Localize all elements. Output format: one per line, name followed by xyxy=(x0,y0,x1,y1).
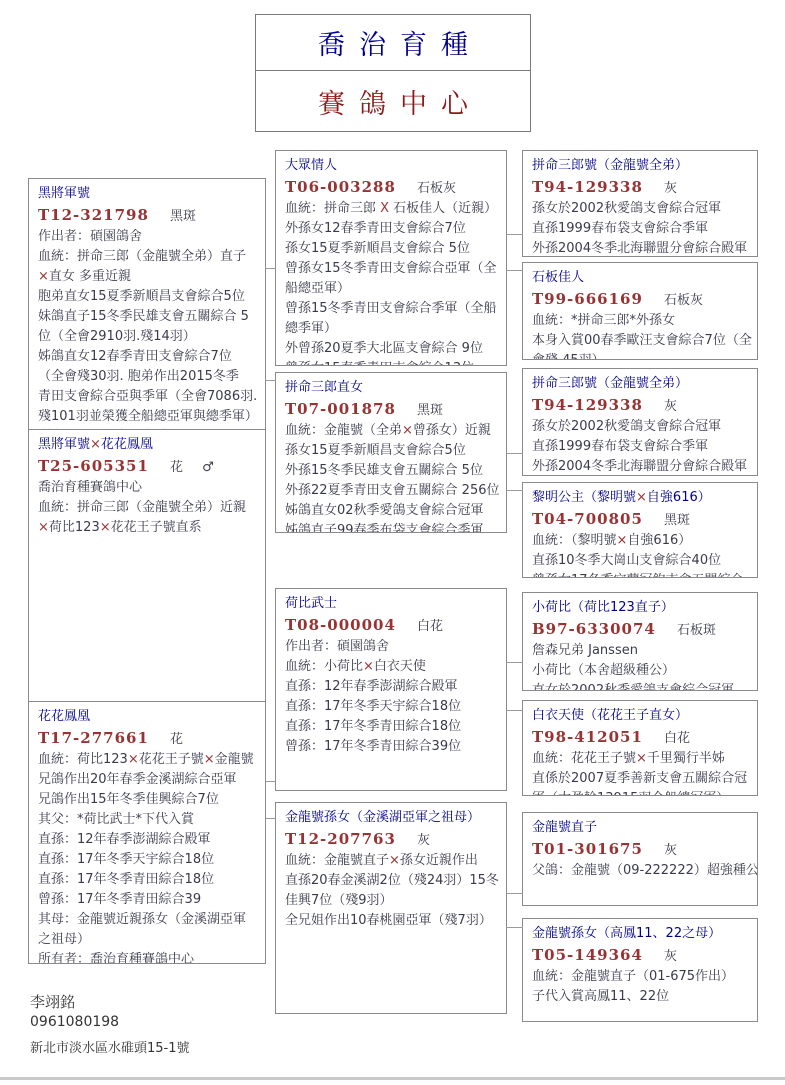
box-title: 拼命三郎號（金龍號全弟） xyxy=(532,374,750,394)
box-body: 血統：拼命三郎 X 石板佳人（近親）外孫女12春季青田支會綜合7位孫女15夏季新… xyxy=(285,199,499,366)
pedigree-text-line: 血統：小荷比×白衣天使 xyxy=(285,657,499,677)
ring-line: T94-129338 灰 xyxy=(532,394,750,417)
ring-number: T94-129338 xyxy=(532,396,643,414)
connector-line xyxy=(506,710,523,711)
pedigree-text-line: （全會殘30羽. 胞弟作出2015冬季 xyxy=(38,367,258,387)
box-body: 孫女於2002秋愛鴿支會綜合冠軍直孫1999春布袋支會綜合季軍外孫2004冬季北… xyxy=(532,199,750,257)
pedigree-text-line: 喬治育種賽鴿中心 xyxy=(38,478,258,498)
box-title: 黎明公主（黎明號×自強616） xyxy=(532,488,750,508)
connector-line xyxy=(265,268,276,269)
pedigree-text-line: 外孫15冬季民雄支會五關綜合 5位 xyxy=(285,461,499,481)
pedigree-page: 喬治育種 賽鴿中心 黑將軍號 T12-321798 黑斑 作出者：碩園鴿舍血統：… xyxy=(0,0,785,1085)
pedigree-box-sanro-1: 拼命三郎號（金龍號全弟） T94-129338 灰 孫女於2002秋愛鴿支會綜合… xyxy=(522,150,758,257)
box-title: 拼命三郎號（金龍號全弟） xyxy=(532,156,750,176)
pedigree-text-line: 直孫：17年冬季天宇綜合18位 xyxy=(38,850,258,870)
pedigree-box-sanro-2: 拼命三郎號（金龍號全弟） T94-129338 灰 孫女於2002秋愛鴿支會綜合… xyxy=(522,368,758,476)
box-title: 拼命三郎直女 xyxy=(285,378,499,398)
connector-line xyxy=(506,927,523,928)
connector-line xyxy=(506,662,523,663)
ring-line: T01-301675 灰 xyxy=(532,838,750,861)
variety-label: 灰 xyxy=(664,949,677,964)
bottom-divider xyxy=(0,1077,785,1080)
ring-line: T98-412051 白花 xyxy=(532,726,750,749)
ring-number: T25-605351 xyxy=(38,457,149,475)
pedigree-text-line: 孫女於2002秋愛鴿支會綜合冠軍 xyxy=(532,417,750,437)
pedigree-text-line: 會殘 45羽） xyxy=(532,351,750,360)
ring-line: T07-001878 黑斑 xyxy=(285,398,499,421)
ring-line: T04-700805 黑斑 xyxy=(532,508,750,531)
pedigree-text-line: 孫女於2002秋愛鴿支會綜合冠軍 xyxy=(532,199,750,219)
ring-number: T04-700805 xyxy=(532,510,643,528)
ring-number: T12-207763 xyxy=(285,830,396,848)
box-title: 黑將軍號 xyxy=(38,184,258,204)
pedigree-text-line: 血統：金龍號直子×孫女近親作出 xyxy=(285,851,499,871)
pedigree-box-golden-dragon-son: 金龍號直子 T01-301675 灰 父鴿：金龍號（09-222222）超強種公 xyxy=(522,812,758,906)
pedigree-text-line: 直孫：17年冬季天宇綜合18位 xyxy=(285,697,499,717)
box-body: 作出者：碩園鴿舍血統：小荷比×白衣天使直孫：12年春季澎湖綜合殿軍直孫：17年冬… xyxy=(285,637,499,757)
connector-line xyxy=(265,818,276,819)
ring-line: T99-666169 石板灰 xyxy=(532,288,750,311)
box-title: 大眾情人 xyxy=(285,156,499,176)
pedigree-text-line: 其父：*荷比武士*下代入賞 xyxy=(38,810,258,830)
ring-number: T98-412051 xyxy=(532,728,643,746)
pedigree-box-golden-dragon-granddaughter-2: 金龍號孫女（高鳳11、22之母） T05-149364 灰 血統：金龍號直子（0… xyxy=(522,918,758,1022)
box-body: 血統：金龍號直子×孫女近親作出直孫20春金溪湖2位（殘24羽）15冬佳興7位（殘… xyxy=(285,851,499,931)
pedigree-text-line: 直孫：17年冬季青田綜合18位 xyxy=(285,717,499,737)
ring-number: T94-129338 xyxy=(532,178,643,196)
box-body: 詹森兄弟 Janssen小荷比（本舍超級種公）直女於2002秋季愛鴿支會綜合冠軍 xyxy=(532,641,750,691)
pedigree-text-line: 小荷比（本舍超級種公） xyxy=(532,661,750,681)
ring-line: T12-207763 灰 xyxy=(285,828,499,851)
pedigree-box-dawn-princess: 黎明公主（黎明號×自強616） T04-700805 黑斑 血統：（黎明號×自強… xyxy=(522,482,758,578)
pedigree-box-public-lover: 大眾情人 T06-003288 石板灰 血統：拼命三郎 X 石板佳人（近親）外孫… xyxy=(275,150,507,366)
connector-line xyxy=(506,490,523,491)
variety-label: 花 xyxy=(170,460,183,475)
ring-number: T12-321798 xyxy=(38,206,149,224)
box-body: 血統：荷比123×花花王子號×金龍號兄鴿作出20年春季金溪湖綜合亞軍兄鴿作出15… xyxy=(38,750,258,964)
pedigree-text-line: 血統：金龍號直子（01-675作出） xyxy=(532,967,750,987)
box-body: 作出者：碩園鴿舍血統：拼命三郎（金龍號全弟）直子×直女 多重近親胞弟直女15夏季… xyxy=(38,227,258,430)
sex-symbol: ♂ xyxy=(202,460,214,475)
header-top-title: 喬治育種 xyxy=(256,15,530,71)
pedigree-text-line: 兄鴿作出15年冬季佳興綜合7位 xyxy=(38,790,258,810)
connector-line xyxy=(506,453,523,454)
pedigree-text-line: 本身入賞00春季歐汪支會綜合7位（全 xyxy=(532,331,750,351)
pedigree-text-line: 血統：拼命三郎（金龍號全弟）近親 xyxy=(38,498,258,518)
pedigree-box-white-angel: 白衣天使（花花王子直女） T98-412051 白花 血統：花花王子號×千里獨行… xyxy=(522,700,758,796)
pedigree-text-line: 全兄姐作出10春桃園亞軍（殘7羽） xyxy=(285,911,499,931)
connector-line xyxy=(506,234,523,235)
pedigree-text-line: 總季軍） xyxy=(285,319,499,339)
pedigree-text-line: 兄鴿作出20年春季金溪湖綜合亞軍 xyxy=(38,770,258,790)
pedigree-text-line: 孫女15夏季新順昌支會綜合 5位 xyxy=(285,239,499,259)
pedigree-text-line: 直孫10冬季大崗山支會綜合40位 xyxy=(532,551,750,571)
box-title: 金龍號直子 xyxy=(532,818,750,838)
pedigree-text-line: ×直女 多重近親 xyxy=(38,267,258,287)
pedigree-text-line: 佳興7位（殘9羽） xyxy=(285,891,499,911)
pedigree-text-line: 作出者：碩園鴿舍 xyxy=(285,637,499,657)
connector-line xyxy=(506,893,523,894)
ring-line: T17-277661 花 xyxy=(38,727,258,750)
variety-label: 黑斑 xyxy=(664,513,690,528)
variety-label: 黑斑 xyxy=(170,209,196,224)
pedigree-text-line: ×荷比123×花花王子號直系 xyxy=(38,518,258,538)
pedigree-text-line: 外孫2004冬季北海聯盟分會綜合殿軍 xyxy=(532,457,750,476)
contact-address: 新北市淡水區水碓頭15-1號 xyxy=(30,1037,190,1056)
pedigree-text-line: 軍（大盈輪13915羽全船總冠軍） xyxy=(532,789,750,796)
pedigree-text-line: 曾孫：17年冬季青田綜合39位 xyxy=(285,737,499,757)
ring-line: T05-149364 灰 xyxy=(532,944,750,967)
connector-line xyxy=(265,781,276,782)
pedigree-text-line: 曾孫：17年冬季青田綜合39 xyxy=(38,890,258,910)
pedigree-text-line: 其母：金龍號近親孫女（金溪湖亞軍 xyxy=(38,910,258,930)
box-title: 黑將軍號×花花鳳凰 xyxy=(38,435,258,455)
pedigree-text-line: 父鴿：金龍號（09-222222）超強種公 xyxy=(532,861,750,881)
pedigree-text-line: 曾孫女17冬季宜蘭冠鈞支會五關綜合 xyxy=(532,571,750,578)
variety-label: 石板斑 xyxy=(677,623,716,638)
pedigree-text-line: 血統：荷比123×花花王子號×金龍號 xyxy=(38,750,258,770)
ring-number: T06-003288 xyxy=(285,178,396,196)
connector-line xyxy=(506,270,523,271)
pedigree-box-hobby-warrior: 荷比武士 T08-000004 白花 作出者：碩園鴿舍血統：小荷比×白衣天使直孫… xyxy=(275,588,507,791)
pedigree-text-line: 直孫20春金溪湖2位（殘24羽）15冬 xyxy=(285,871,499,891)
pedigree-box-black-general: 黑將軍號 T12-321798 黑斑 作出者：碩園鴿舍血統：拼命三郎（金龍號全弟… xyxy=(28,178,266,430)
box-body: 父鴿：金龍號（09-222222）超強種公 xyxy=(532,861,750,881)
box-body: 血統：花花王子號×千里獨行半姊直係於2007夏季善新支會五關綜合冠軍（大盈輪13… xyxy=(532,749,750,796)
pedigree-text-line: 詹森兄弟 Janssen xyxy=(532,641,750,661)
pedigree-text-line: 血統：*拼命三郎*外孫女 xyxy=(532,311,750,331)
pedigree-text-line: 位（全會2910羽.殘14羽） xyxy=(38,327,258,347)
box-body: 血統：金龍號（全弟×曾孫女）近親孫女15夏季新順昌支會綜合5位外孫15冬季民雄支… xyxy=(285,421,499,533)
variety-label: 石板灰 xyxy=(664,293,703,308)
pedigree-text-line: 曾孫女15冬季青田支會綜合亞軍（全 xyxy=(285,259,499,279)
pedigree-box-sanro-daughter: 拼命三郎直女 T07-001878 黑斑 血統：金龍號（全弟×曾孫女）近親孫女1… xyxy=(275,372,507,533)
ring-number: T08-000004 xyxy=(285,616,396,634)
variety-label: 花 xyxy=(170,732,183,747)
pedigree-text-line: 船總亞軍） xyxy=(285,279,499,299)
pedigree-text-line: 子代入賞高鳳11、22位 xyxy=(532,987,750,1007)
pedigree-text-line: 外曾孫20夏季大北區支會綜合 9位 xyxy=(285,339,499,359)
box-title: 花花鳳凰 xyxy=(38,707,258,727)
pedigree-text-line: 直孫：12年春季澎湖綜合殿軍 xyxy=(285,677,499,697)
pedigree-text-line: 外孫22夏季青田支會五關綜合 256位 xyxy=(285,481,499,501)
ring-number: T05-149364 xyxy=(532,946,643,964)
connector-line xyxy=(265,380,276,381)
pedigree-box-flower-phoenix: 花花鳳凰 T17-277661 花 血統：荷比123×花花王子號×金龍號兄鴿作出… xyxy=(28,701,266,964)
ring-number: T01-301675 xyxy=(532,840,643,858)
ring-number: T17-277661 xyxy=(38,729,149,747)
pedigree-box-little-hobby: 小荷比（荷比123直子） B97-6330074 石板斑 詹森兄弟 Jansse… xyxy=(522,592,758,691)
pedigree-text-line: 血統：金龍號（全弟×曾孫女）近親 xyxy=(285,421,499,441)
pedigree-text-line: 直女於2002秋季愛鴿支會綜合冠軍 xyxy=(532,681,750,691)
variety-label: 石板灰 xyxy=(417,181,456,196)
pedigree-text-line: 血統：拼命三郎（金龍號全弟）直子 xyxy=(38,247,258,267)
box-title: 荷比武士 xyxy=(285,594,499,614)
pedigree-box-pair: 黑將軍號×花花鳳凰 T25-605351 花 ♂ 喬治育種賽鴿中心血統：拼命三郎… xyxy=(28,429,266,702)
header-bottom-title: 賽鴿中心 xyxy=(256,71,530,131)
box-title: 金龍號孫女（高鳳11、22之母） xyxy=(532,924,750,944)
variety-label: 灰 xyxy=(664,843,677,858)
variety-label: 灰 xyxy=(664,181,677,196)
ring-line: T94-129338 灰 xyxy=(532,176,750,199)
box-body: 血統：*拼命三郎*外孫女本身入賞00春季歐汪支會綜合7位（全會殘 45羽） xyxy=(532,311,750,360)
box-body: 血統：金龍號直子（01-675作出）子代入賞高鳳11、22位 xyxy=(532,967,750,1007)
pedigree-text-line: 直係於2007夏季善新支會五關綜合冠 xyxy=(532,769,750,789)
pedigree-text-line: 所有者：喬治育種賽鴿中心 xyxy=(38,950,258,964)
pedigree-text-line: 殘101羽並榮獲全船總亞軍與總季軍） xyxy=(38,407,258,427)
ring-number: T99-666169 xyxy=(532,290,643,308)
pedigree-text-line: 妹鴿直子15冬季民雄支會五關綜合 5 xyxy=(38,307,258,327)
pedigree-text-line: 直孫：17年冬季青田綜合18位 xyxy=(38,870,258,890)
ring-number: T07-001878 xyxy=(285,400,396,418)
ring-line: T12-321798 黑斑 xyxy=(38,204,258,227)
pedigree-text-line: 直孫：12年春季澎湖綜合殿軍 xyxy=(38,830,258,850)
box-body: 血統：（黎明號×自強616）直孫10冬季大崗山支會綜合40位曾孫女17冬季宜蘭冠… xyxy=(532,531,750,578)
variety-label: 白花 xyxy=(417,619,443,634)
contact-name: 李翊銘 xyxy=(30,991,75,1012)
variety-label: 黑斑 xyxy=(417,403,443,418)
ring-line: T08-000004 白花 xyxy=(285,614,499,637)
pedigree-text-line: 姊鴿直女12春季青田支會綜合7位 xyxy=(38,347,258,367)
pedigree-text-line: 青田支會綜合亞與季軍（全會7086羽. xyxy=(38,387,258,407)
pedigree-text-line: 直孫1999春布袋支會綜合季軍 xyxy=(532,219,750,239)
variety-label: 白花 xyxy=(664,731,690,746)
pedigree-text-line: 姊鴿直女02秋季愛鴿支會綜合冠軍 xyxy=(285,501,499,521)
variety-label: 灰 xyxy=(664,399,677,414)
box-body: 孫女於2002秋愛鴿支會綜合冠軍直孫1999春布袋支會綜合季軍外孫2004冬季北… xyxy=(532,417,750,476)
ring-line: T06-003288 石板灰 xyxy=(285,176,499,199)
ring-number: B97-6330074 xyxy=(532,620,656,638)
pedigree-text-line: 血統：拼命三郎 X 石板佳人（近親） xyxy=(285,199,499,219)
box-title: 白衣天使（花花王子直女） xyxy=(532,706,750,726)
box-title: 小荷比（荷比123直子） xyxy=(532,598,750,618)
box-title: 石板佳人 xyxy=(532,268,750,288)
pedigree-box-slate-beauty: 石板佳人 T99-666169 石板灰 血統：*拼命三郎*外孫女本身入賞00春季… xyxy=(522,262,758,360)
pedigree-text-line: 外孫2004冬季北海聯盟分會綜合殿軍 xyxy=(532,239,750,257)
variety-label: 灰 xyxy=(417,833,430,848)
ring-line: B97-6330074 石板斑 xyxy=(532,618,750,641)
pedigree-text-line: 姊鴿直子99春季布袋支會綜合季軍 xyxy=(285,521,499,533)
pedigree-text-line: 直孫1999春布袋支會綜合季軍 xyxy=(532,437,750,457)
box-title: 金龍號孫女（金溪湖亞軍之祖母） xyxy=(285,808,499,828)
pedigree-text-line: 曾孫15冬季青田支會綜合季軍（全船 xyxy=(285,299,499,319)
pedigree-text-line: 外孫女12春季青田支會綜合7位 xyxy=(285,219,499,239)
contact-phone: 0961080198 xyxy=(30,1014,119,1030)
box-body: 喬治育種賽鴿中心血統：拼命三郎（金龍號全弟）近親×荷比123×花花王子號直系 xyxy=(38,478,258,538)
header-title-box: 喬治育種 賽鴿中心 xyxy=(255,14,531,132)
pedigree-text-line: 作出者：碩園鴿舍 xyxy=(38,227,258,247)
pedigree-text-line: 孫女15夏季新順昌支會綜合5位 xyxy=(285,441,499,461)
pedigree-text-line: 曾孫女15春季青田支會綜合13位 xyxy=(285,359,499,366)
pedigree-text-line: 血統：（黎明號×自強616） xyxy=(532,531,750,551)
pedigree-text-line: 血統：花花王子號×千里獨行半姊 xyxy=(532,749,750,769)
pedigree-text-line: 之祖母） xyxy=(38,930,258,950)
pedigree-box-golden-dragon-granddaughter: 金龍號孫女（金溪湖亞軍之祖母） T12-207763 灰 血統：金龍號直子×孫女… xyxy=(275,802,507,1014)
pedigree-text-line: 胞弟直女15夏季新順昌支會綜合5位 xyxy=(38,287,258,307)
ring-line: T25-605351 花 ♂ xyxy=(38,455,258,478)
